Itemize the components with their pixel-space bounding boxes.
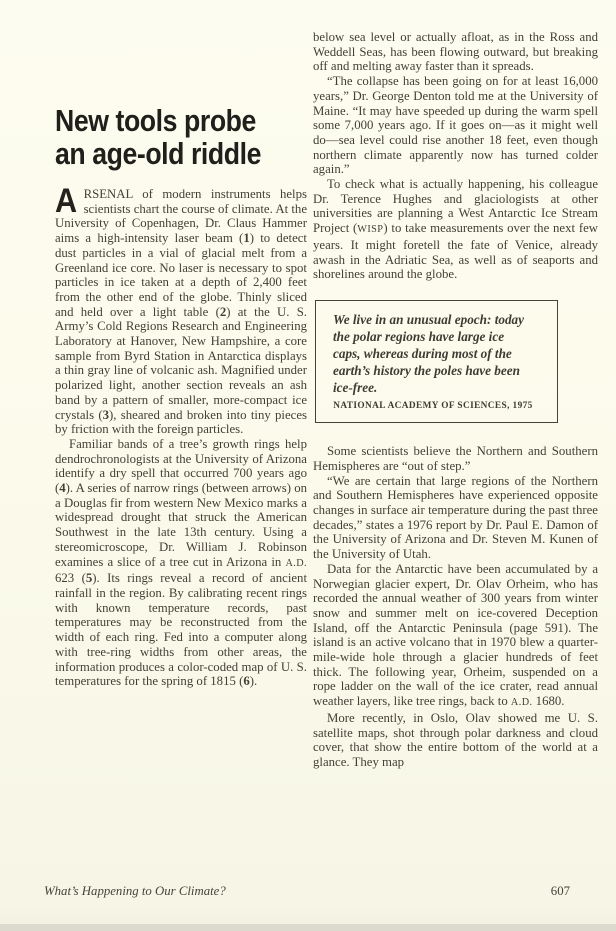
text-segment: ). Its rings reveal a record of ancient …: [55, 571, 307, 688]
right-column-paragraphs-bottom: Some scientists believe the Northern and…: [313, 444, 598, 769]
text-segment: “We are certain that large regions of th…: [313, 474, 598, 562]
text-segment: A.D.: [285, 558, 307, 569]
paragraph: “The collapse has been going on for at l…: [313, 74, 598, 177]
text-segment: ). A series of narrow rings (between arr…: [55, 481, 307, 569]
right-column: below sea level or actually afloat, as i…: [313, 30, 598, 770]
left-column-paragraphs: Familiar bands of a tree’s growth rings …: [55, 437, 307, 689]
paragraph: Some scientists believe the Northern and…: [313, 444, 598, 473]
paragraph: More recently, in Oslo, Olav showed me U…: [313, 711, 598, 770]
text-segment: below sea level or actually afloat, as i…: [313, 30, 598, 73]
headline-line-2: an age-old riddle: [55, 137, 272, 170]
pull-quote-box: We live in an unusual epoch: today the p…: [315, 300, 558, 423]
right-column-paragraphs-top: below sea level or actually afloat, as i…: [313, 30, 598, 282]
paragraph: “We are certain that large regions of th…: [313, 474, 598, 562]
text-segment: More recently, in Oslo, Olav showed me U…: [313, 711, 598, 769]
paragraph: Familiar bands of a tree’s growth rings …: [55, 437, 307, 689]
running-title: What’s Happening to Our Climate?: [44, 884, 226, 899]
pull-quote-text: We live in an unusual epoch: today the p…: [333, 312, 533, 397]
left-column: New tools probe an age-old riddle ARSENA…: [55, 104, 307, 689]
text-segment: 1680.: [532, 694, 564, 708]
opening-paragraph: ARSENAL of modern instruments helps scie…: [55, 187, 307, 437]
text-segment: Some scientists believe the Northern and…: [313, 444, 598, 473]
text-segment: A.D.: [511, 697, 533, 708]
opening-paragraph-text: RSENAL of modern instruments helps scien…: [55, 187, 307, 436]
text-segment: Data for the Antarctic have been accumul…: [313, 562, 598, 708]
text-segment: ).: [250, 674, 257, 688]
magazine-page: New tools probe an age-old riddle ARSENA…: [0, 0, 616, 931]
paragraph: below sea level or actually afloat, as i…: [313, 30, 598, 74]
article-headline: New tools probe an age-old riddle: [55, 104, 307, 170]
pull-quote-attribution: NATIONAL ACADEMY OF SCIENCES, 1975: [333, 399, 533, 414]
paragraph: Data for the Antarctic have been accumul…: [313, 562, 598, 711]
paragraph: To check what is actually happening, his…: [313, 177, 598, 282]
text-segment: 623 (: [55, 571, 86, 585]
dropcap-letter: A: [55, 188, 77, 215]
page-bottom-edge: [0, 924, 616, 931]
text-segment: ) at the U. S. Army’s Cold Regions Resea…: [55, 305, 307, 422]
text-segment: WISP: [357, 224, 383, 235]
headline-line-1: New tools probe: [55, 104, 272, 137]
page-number: 607: [551, 884, 570, 899]
page-footer: What’s Happening to Our Climate? 607: [0, 884, 616, 904]
text-segment: “The collapse has been going on for at l…: [313, 74, 598, 176]
